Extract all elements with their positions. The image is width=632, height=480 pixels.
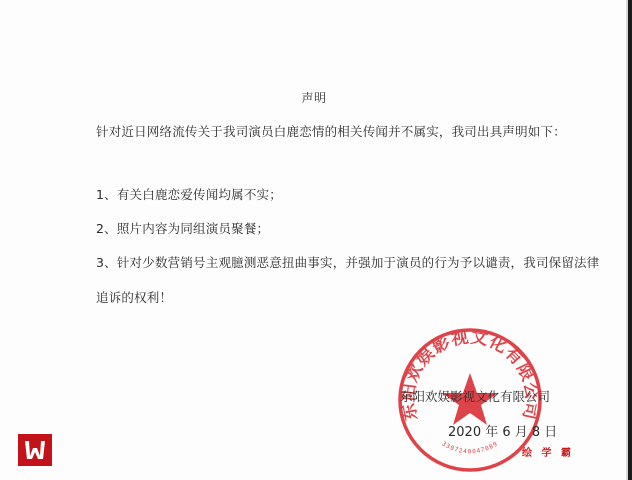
page-title: 声明 [0,89,628,106]
w-logo-icon [18,434,52,466]
statement-item-3-continued: 追诉的权利！ [96,288,172,306]
svg-text:3307240047089: 3307240047089 [441,440,500,455]
stamp-serial: 3307240047089 [441,440,500,455]
watermark-text: 绘 学 霸 [522,444,574,459]
signature-date: 2020 年 6 月 8 日 [448,421,557,440]
signature-company: 东阳欢娱影视文化有限公司 [400,387,550,405]
document-page: 声明 针对近日网络流传关于我司演员白鹿恋情的相关传闻并不属实，我司出具声明如下：… [0,0,628,480]
statement-item-1: 1、有关白鹿恋爱传闻均属不实； [96,185,282,203]
intro-paragraph: 针对近日网络流传关于我司演员白鹿恋情的相关传闻并不属实，我司出具声明如下： [96,122,566,140]
statement-item-2: 2、照片内容为同组演员聚餐； [96,219,269,237]
statement-item-3: 3、针对少数营销号主观臆测恶意扭曲事实，并强加于演员的行为予以谴责，我司保留法律 [96,253,599,271]
page-edge-border [628,0,632,480]
